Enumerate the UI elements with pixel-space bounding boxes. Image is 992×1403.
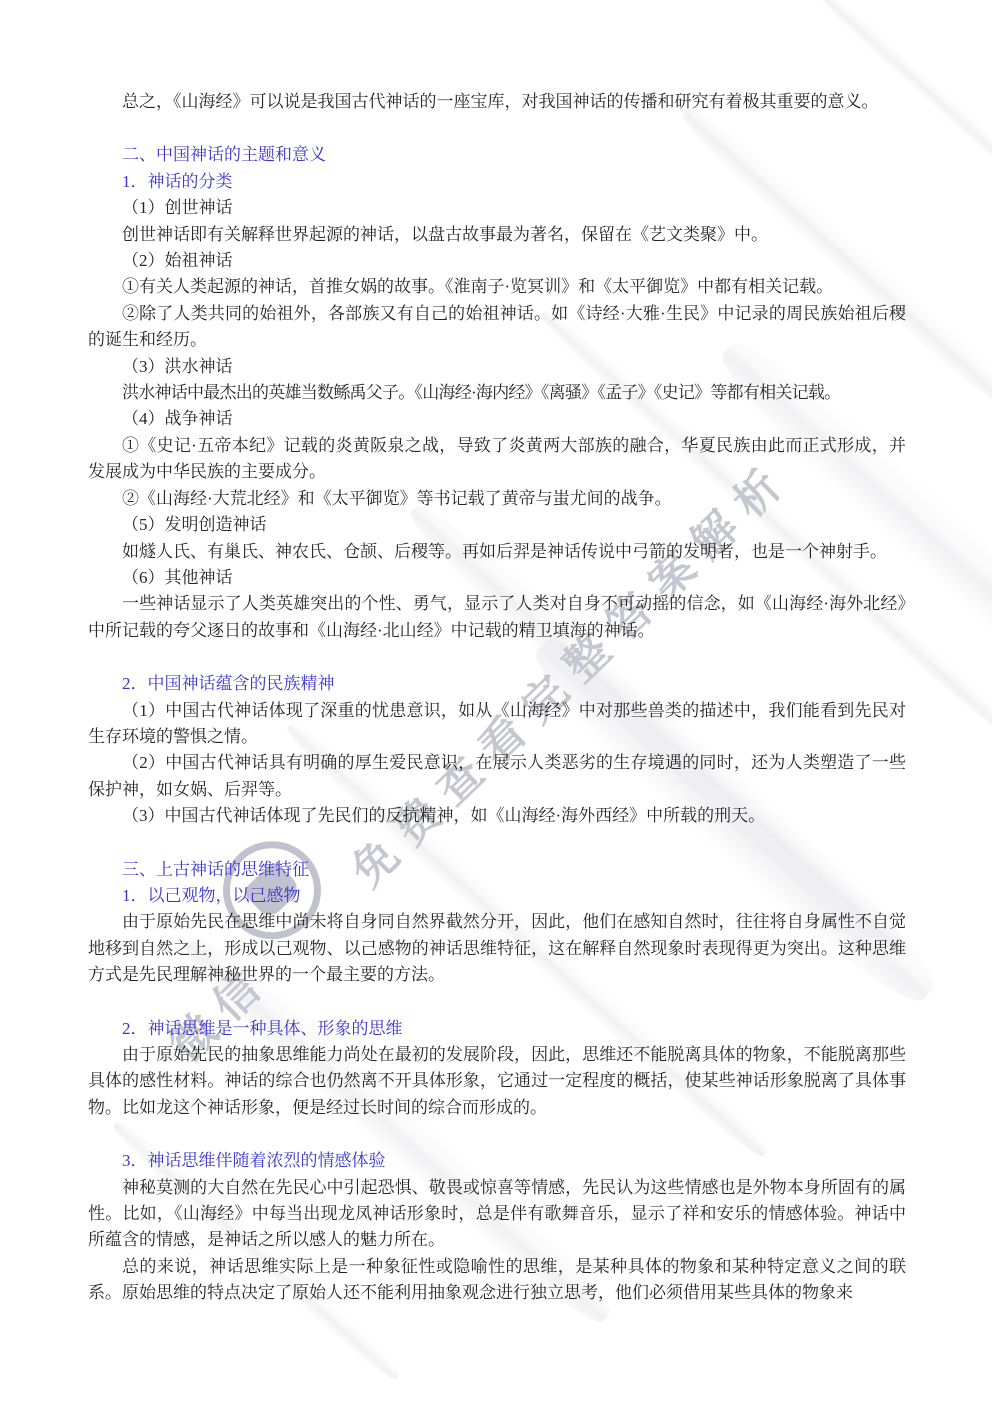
paragraph: （2）中国古代神话具有明确的厚生爱民意识，在展示人类恶劣的生存境遇的同时，还为人… bbox=[88, 750, 906, 803]
paragraph: ②《山海经·大荒北经》和《太平御览》等书记载了黄帝与蚩尤间的战争。 bbox=[88, 486, 906, 512]
paragraph: （5）发明创造神话 bbox=[88, 512, 906, 538]
sub-heading: 1．以己观物，以己感物 bbox=[88, 883, 906, 909]
document-page: 总之，《山海经》可以说是我国古代神话的一座宝库，对我国神话的传播和研究有着极其重… bbox=[88, 89, 906, 1307]
paragraph: ①《史记·五帝本纪》记载的炎黄阪泉之战，导致了炎黄两大部族的融合，华夏民族由此而… bbox=[88, 433, 906, 486]
paragraph: 洪水神话中最杰出的英雄当数鲧禹父子。《山海经·海内经》《离骚》《孟子》《史记》等… bbox=[88, 380, 906, 406]
paragraph: 一些神话显示了人类英雄突出的个性、勇气，显示了人类对自身不可动摇的信念，如《山海… bbox=[88, 591, 906, 644]
paragraph: 由于原始先民在思维中尚未将自身同自然界截然分开，因此，他们在感知自然时，往往将自… bbox=[88, 909, 906, 988]
paragraph: （1）中国古代神话体现了深重的忧患意识，如从《山海经》中对那些兽类的描述中，我们… bbox=[88, 698, 906, 751]
paragraph: ②除了人类共同的始祖外，各部族又有自己的始祖神话。如《诗经·大雅·生民》中记录的… bbox=[88, 301, 906, 354]
paragraph: （4）战争神话 bbox=[88, 406, 906, 432]
paragraph: （3）洪水神话 bbox=[88, 354, 906, 380]
paragraph: 由于原始先民的抽象思维能力尚处在最初的发展阶段，因此，思维还不能脱离具体的物象，… bbox=[88, 1042, 906, 1121]
sub-heading: 1．神话的分类 bbox=[88, 169, 906, 195]
paragraph: 神秘莫测的大自然在先民心中引起恐惧、敬畏或惊喜等情感，先民认为这些情感也是外物本… bbox=[88, 1175, 906, 1254]
paragraph: 如燧人氏、有巢氏、神农氏、仓颉、后稷等。再如后羿是神话传说中弓箭的发明者，也是一… bbox=[88, 539, 906, 565]
paragraph: ①有关人类起源的神话，首推女娲的故事。《淮南子·览冥训》和《太平御览》中都有相关… bbox=[88, 274, 906, 300]
paragraph: 创世神话即有关解释世界起源的神话，以盘古故事最为著名，保留在《艺文类聚》中。 bbox=[88, 222, 906, 248]
sub-heading: 2．中国神话蕴含的民族精神 bbox=[88, 671, 906, 697]
sub-heading: 3．神话思维伴随着浓烈的情感体验 bbox=[88, 1148, 906, 1174]
paragraph: （1）创世神话 bbox=[88, 195, 906, 221]
sub-heading: 2．神话思维是一种具体、形象的思维 bbox=[88, 1016, 906, 1042]
paragraph: 总的来说，神话思维实际上是一种象征性或隐喻性的思维，是某种具体的物象和某种特定意… bbox=[88, 1254, 906, 1307]
paragraph: （6）其他神话 bbox=[88, 565, 906, 591]
section-heading: 二、中国神话的主题和意义 bbox=[88, 142, 906, 168]
paragraph: （2）始祖神话 bbox=[88, 248, 906, 274]
section-heading: 三、上古神话的思维特征 bbox=[88, 857, 906, 883]
paragraph: 总之，《山海经》可以说是我国古代神话的一座宝库，对我国神话的传播和研究有着极其重… bbox=[88, 89, 906, 115]
paragraph: （3）中国古代神话体现了先民们的反抗精神，如《山海经·海外西经》中所载的刑天。 bbox=[88, 803, 906, 829]
